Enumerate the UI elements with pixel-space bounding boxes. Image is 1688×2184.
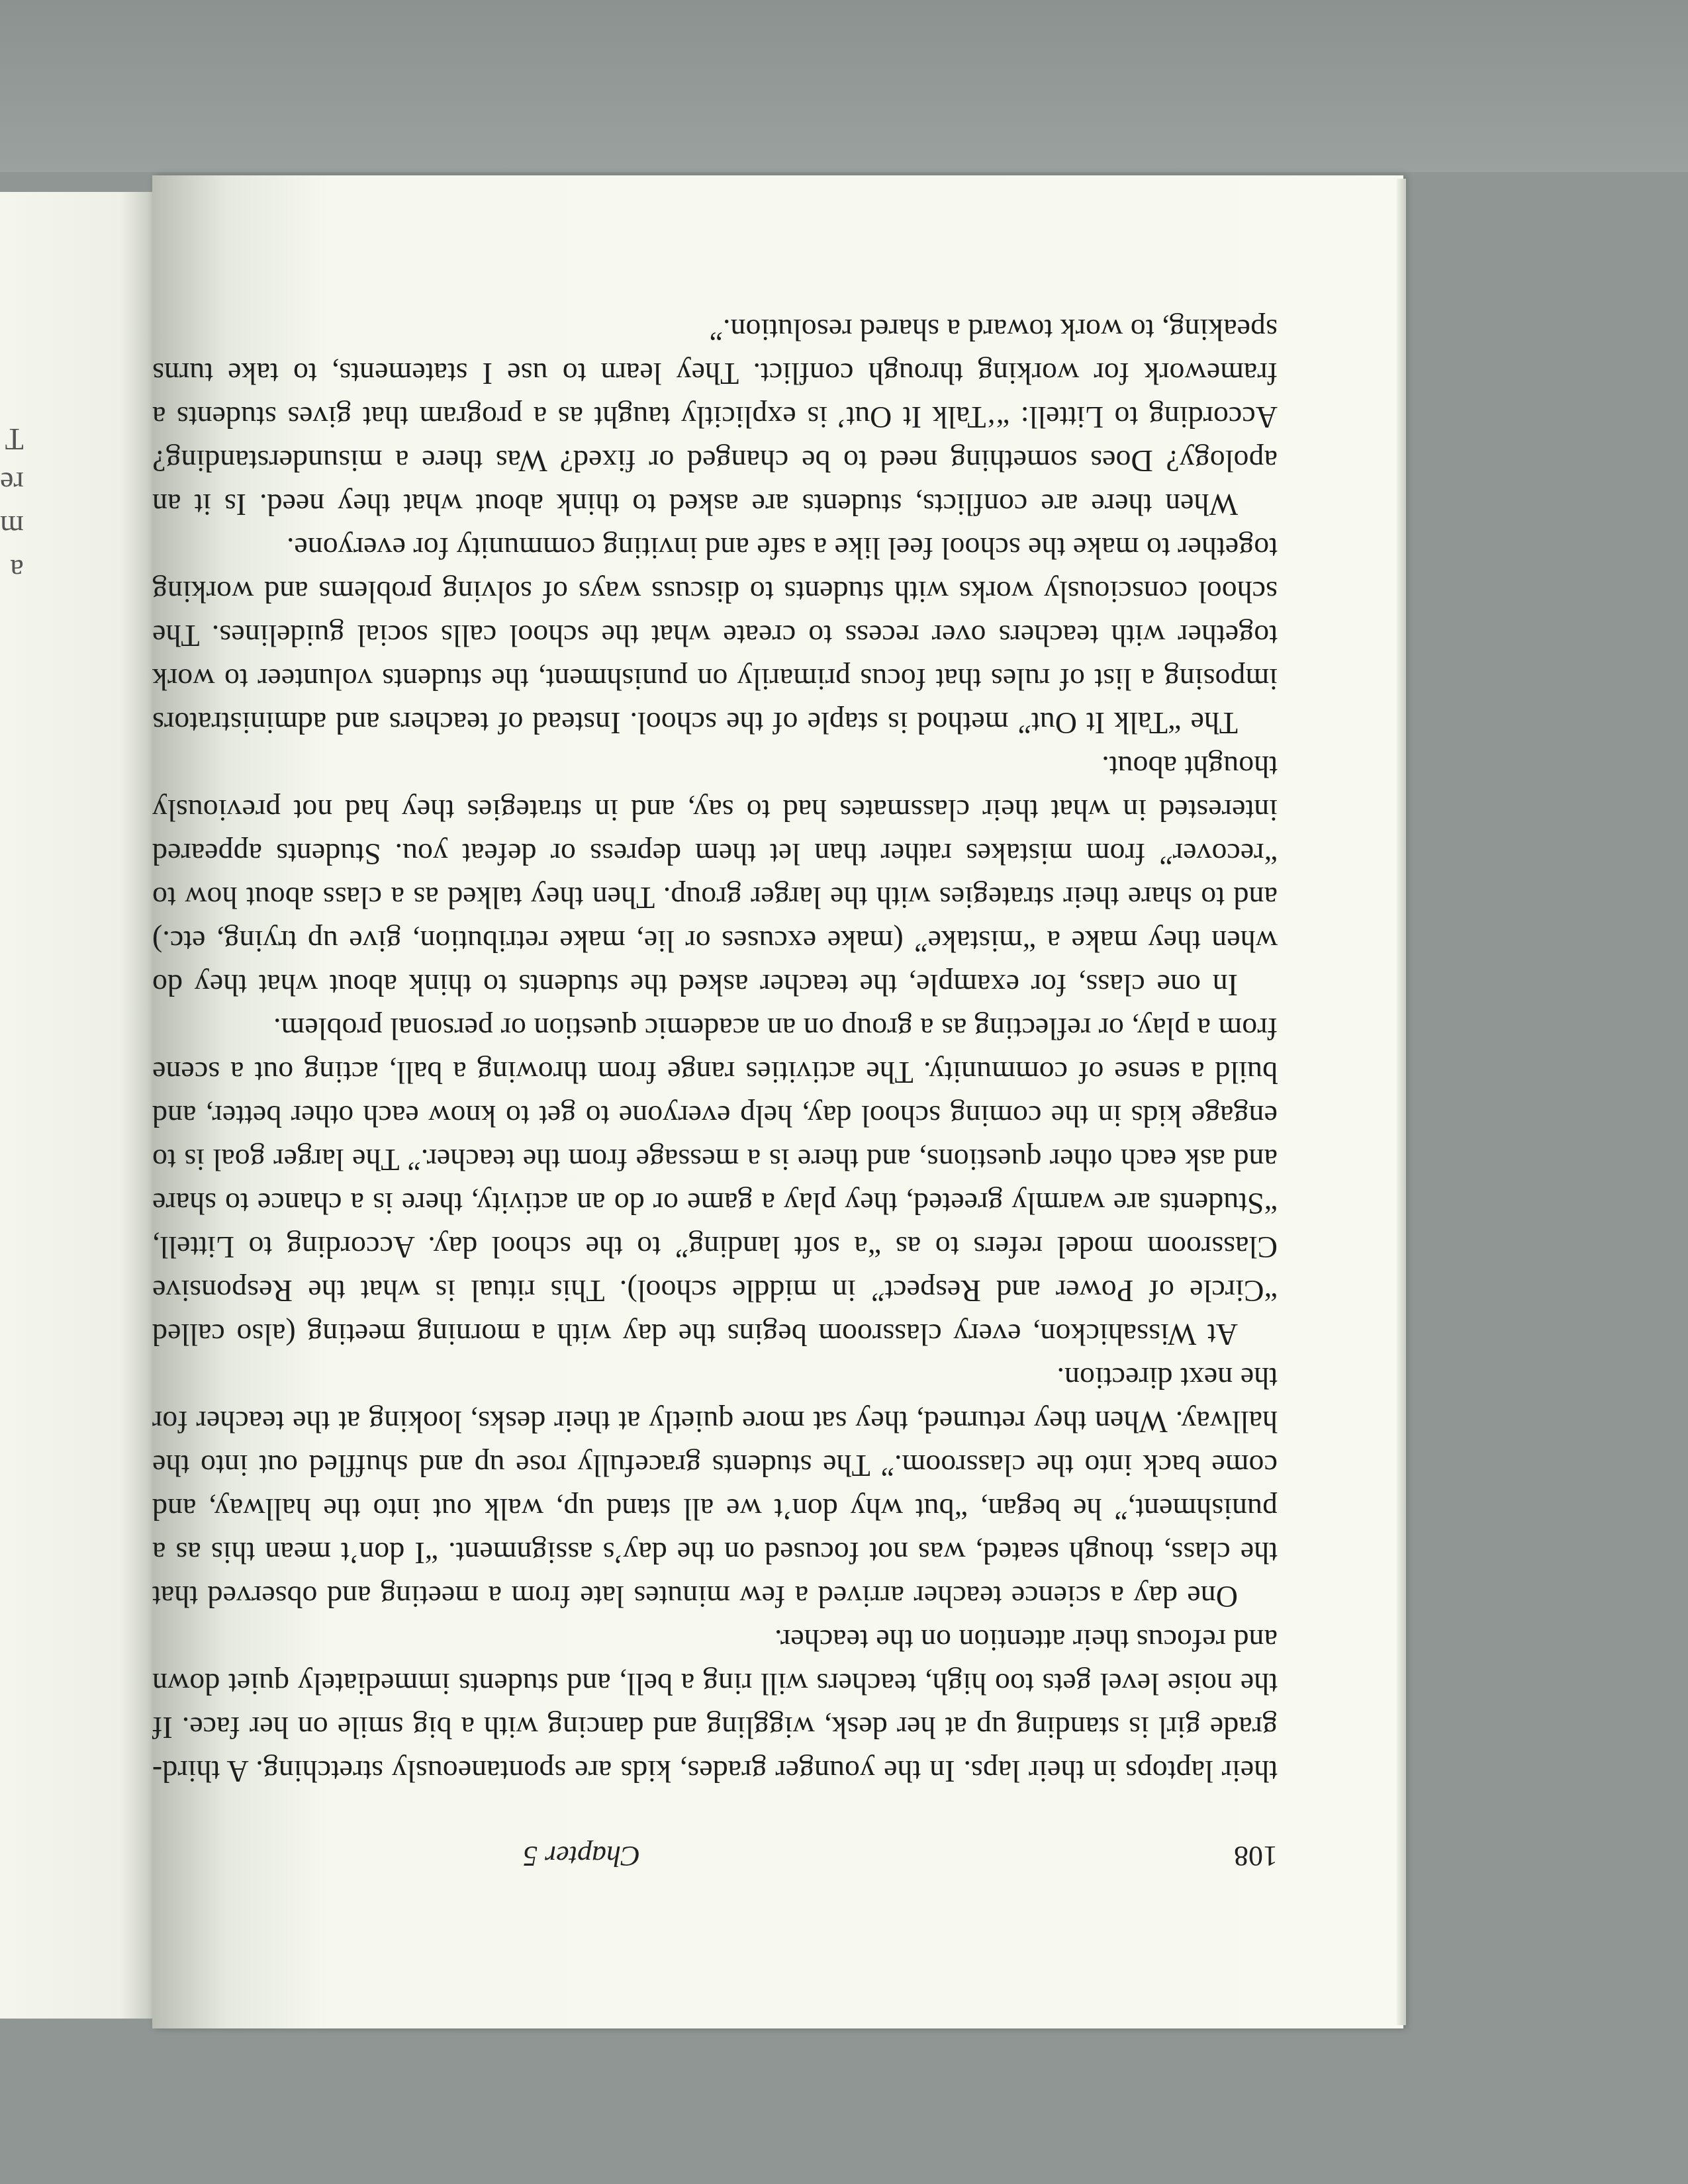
paragraph: One day a science teacher arrived a few … [152, 1356, 1278, 1618]
page-header: 108 Chapter 5 [152, 1839, 1278, 1873]
left-page: a m re T [0, 192, 172, 2019]
left-page-fragment-top: a m re T [0, 417, 24, 592]
paragraph: their laptops in their laps. In the youn… [152, 1618, 1278, 1793]
paragraph: When there are conflicts, students are a… [152, 308, 1278, 526]
right-page: 108 Chapter 5 their laptops in their lap… [152, 175, 1403, 2028]
running-head: Chapter 5 [523, 1839, 640, 1873]
paragraph: In one class, for example, the teacher a… [152, 745, 1278, 1007]
page-edge [1397, 179, 1406, 2025]
paragraph: At Wissahickon, every classroom begins t… [152, 1007, 1278, 1356]
scanner-background [0, 0, 1688, 172]
page-number: 108 [1234, 1839, 1278, 1873]
paragraph: The “Talk It Out” method is staple of th… [152, 526, 1278, 745]
page-content: 108 Chapter 5 their laptops in their lap… [152, 308, 1278, 1873]
